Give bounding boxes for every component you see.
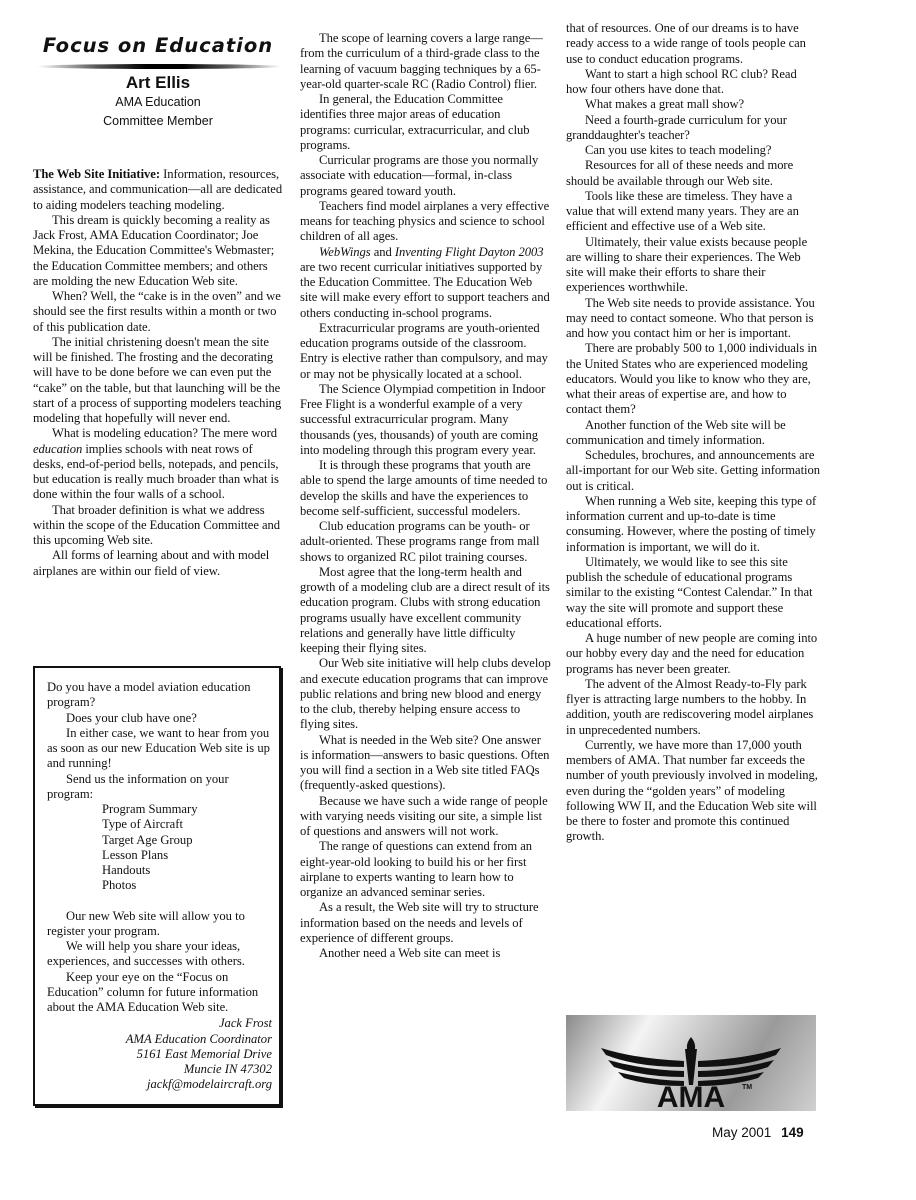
box-paragraph: Does your club have one? xyxy=(47,711,272,726)
paragraph: Ultimately, we would like to see this si… xyxy=(566,555,821,631)
author-role-line1: AMA Education xyxy=(33,95,283,109)
paragraph: The range of questions can extend from a… xyxy=(300,839,552,900)
paragraph: Teachers find model airplanes a very eff… xyxy=(300,199,552,245)
paragraph: Currently, we have more than 17,000 yout… xyxy=(566,738,821,845)
lead-paragraph: The Web Site Initiative: Information, re… xyxy=(33,167,283,213)
list-item: Photos xyxy=(102,878,272,893)
program-info-list: Program Summary Type of Aircraft Target … xyxy=(47,802,272,894)
paragraph: The initial christening doesn't mean the… xyxy=(33,335,283,427)
list-item: Type of Aircraft xyxy=(102,817,272,832)
paragraph: Extracurricular programs are youth-orien… xyxy=(300,321,552,382)
paragraph: The advent of the Almost Ready-to-Fly pa… xyxy=(566,677,821,738)
paragraph: What is needed in the Web site? One answ… xyxy=(300,733,552,794)
list-item: Program Summary xyxy=(102,802,272,817)
paragraph: Because we have such a wide range of peo… xyxy=(300,794,552,840)
paragraph: When running a Web site, keeping this ty… xyxy=(566,494,821,555)
paragraph: Want to start a high school RC club? Rea… xyxy=(566,67,821,98)
paragraph: That broader definition is what we addre… xyxy=(33,503,283,549)
paragraph: What is modeling education? The mere wor… xyxy=(33,426,283,502)
paragraph: Club education programs can be youth- or… xyxy=(300,519,552,565)
callout-box: Do you have a model aviation education p… xyxy=(33,666,281,1106)
ama-logo: AMA TM xyxy=(566,1015,816,1111)
winged-torch-logo-icon: AMA TM xyxy=(566,1015,816,1111)
lead-heading: The Web Site Initiative: xyxy=(33,167,160,181)
list-item: Lesson Plans xyxy=(102,848,272,863)
paragraph: Another need a Web site can meet is xyxy=(300,946,552,961)
paragraph: This dream is quickly becoming a reality… xyxy=(33,213,283,289)
paragraph: Schedules, brochures, and announcements … xyxy=(566,448,821,494)
paragraph: As a result, the Web site will try to st… xyxy=(300,900,552,946)
paragraph: The Science Olympiad competition in Indo… xyxy=(300,382,552,458)
author-name: Art Ellis xyxy=(33,73,283,93)
paragraph: WebWings and Inventing Flight Dayton 200… xyxy=(300,245,552,321)
paragraph: It is through these programs that youth … xyxy=(300,458,552,519)
paragraph: Another function of the Web site will be… xyxy=(566,418,821,449)
box-paragraph: Keep your eye on the “Focus on Education… xyxy=(47,970,272,1016)
list-item: Target Age Group xyxy=(102,833,272,848)
paragraph: What makes a great mall show? xyxy=(566,97,821,112)
signature-block: Jack Frost AMA Education Coordinator 516… xyxy=(47,1016,272,1092)
paragraph: In general, the Education Committee iden… xyxy=(300,92,552,153)
box-paragraph: We will help you share your ideas, exper… xyxy=(47,939,272,970)
box-paragraph: Our new Web site will allow you to regis… xyxy=(47,909,272,940)
box-paragraph: Send us the information on your program: xyxy=(47,772,272,803)
paragraph: All forms of learning about and with mod… xyxy=(33,548,283,579)
paragraph: Most agree that the long-term health and… xyxy=(300,565,552,657)
signature-name: Jack Frost xyxy=(47,1016,272,1031)
paragraph-continuation: that of resources. One of our dreams is … xyxy=(566,21,821,67)
svg-text:AMA: AMA xyxy=(657,1081,725,1111)
list-item: Handouts xyxy=(102,863,272,878)
paragraph: Curricular programs are those you normal… xyxy=(300,153,552,199)
page-number: 149 xyxy=(781,1125,804,1140)
paragraph: There are probably 500 to 1,000 individu… xyxy=(566,341,821,417)
box-paragraph: In either case, we want to hear from you… xyxy=(47,726,272,772)
column-title: Focus on Education xyxy=(33,34,283,57)
title-divider xyxy=(36,64,282,69)
article-column-1: The Web Site Initiative: Information, re… xyxy=(33,167,283,579)
signature-title: AMA Education Coordinator xyxy=(47,1032,272,1047)
paragraph: The Web site needs to provide assistance… xyxy=(566,296,821,342)
issue-date: May 2001 xyxy=(712,1125,771,1140)
article-column-3: that of resources. One of our dreams is … xyxy=(566,6,821,845)
paragraph: The scope of learning covers a large ran… xyxy=(300,31,552,92)
signature-street: 5161 East Memorial Drive xyxy=(47,1047,272,1062)
paragraph: Tools like these are timeless. They have… xyxy=(566,189,821,235)
author-role-line2: Committee Member xyxy=(33,114,283,128)
signature-city: Muncie IN 47302 xyxy=(47,1062,272,1077)
paragraph: Need a fourth-grade curriculum for your … xyxy=(566,113,821,144)
paragraph: A huge number of new people are coming i… xyxy=(566,631,821,677)
paragraph: Resources for all of these needs and mor… xyxy=(566,158,821,189)
article-column-2: The scope of learning covers a large ran… xyxy=(300,31,552,961)
paragraph: When? Well, the “cake is in the oven” an… xyxy=(33,289,283,335)
box-intro: Do you have a model aviation education p… xyxy=(47,680,272,711)
page-footer: May 2001 149 xyxy=(712,1125,804,1140)
paragraph: Can you use kites to teach modeling? xyxy=(566,143,821,158)
svg-text:TM: TM xyxy=(742,1084,752,1091)
paragraph: Ultimately, their value exists because p… xyxy=(566,235,821,296)
paragraph: Our Web site initiative will help clubs … xyxy=(300,656,552,732)
signature-email[interactable]: jackf@modelaircraft.org xyxy=(47,1077,272,1092)
